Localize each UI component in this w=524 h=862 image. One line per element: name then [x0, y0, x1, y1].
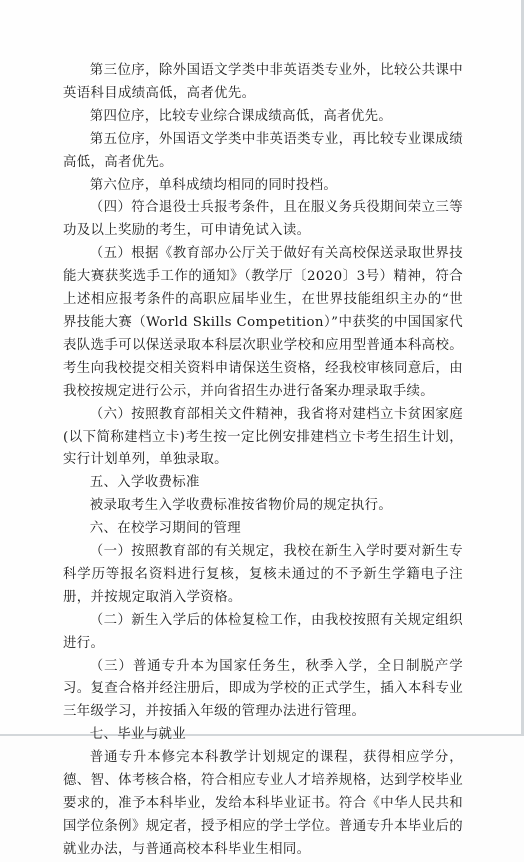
paragraph-sixth-priority: 第六位序，单科成绩均相同的同时投档。 — [63, 175, 463, 198]
document-body: 第三位序，除外国语文学类中非英语类专业外，比较公共课中英语科目成绩高低，高者优先… — [63, 60, 463, 736]
paragraph-item-6-poverty-registered: （六）按照教育部相关文件精神，我省将对建档立卡贫困家庭(以下简称建档立卡)考生按… — [63, 404, 463, 473]
paragraph-fifth-priority: 第五位序，外国语文学类中非英语类专业，再比较专业课成绩高低，高者优先。 — [63, 129, 463, 175]
paragraph-management-2: （二）新生入学后的体检复检工作，由我校按照有关规定组织进行。 — [63, 610, 463, 656]
paragraph-fourth-priority: 第四位序，比较专业综合课成绩高低，高者优先。 — [63, 106, 463, 129]
paragraph-management-1: （一）按照教育部的有关规定，我校在新生入学时要对新生专科学历等报名资料进行复核，… — [63, 541, 463, 610]
document-page: 第三位序，除外国语文学类中非英语类专业外，比较公共课中英语科目成绩高低，高者优先… — [0, 0, 524, 736]
paragraph-item-5-world-skills: （五）根据《教育部办公厅关于做好有关高校保送录取世界技能大赛获奖选手工作的通知》… — [63, 243, 463, 403]
paragraph-item-4-veterans: （四）符合退役士兵报考条件，且在服义务兵役期间荣立三等功及以上奖励的考生，可申请… — [63, 197, 463, 243]
section-heading-graduation: 七、毕业与就业 — [63, 724, 463, 736]
section-heading-tuition: 五、入学收费标准 — [63, 472, 463, 495]
paragraph-third-priority: 第三位序，除外国语文学类中非英语类专业外，比较公共课中英语科目成绩高低，高者优先… — [63, 60, 463, 106]
paragraph-tuition: 被录取考生入学收费标准按省物价局的规定执行。 — [63, 495, 463, 518]
section-heading-management: 六、在校学习期间的管理 — [63, 518, 463, 541]
paragraph-management-3: （三）普通专升本为国家任务生，秋季入学，全日制脱产学习。复查合格并经注册后，即成… — [63, 656, 463, 725]
